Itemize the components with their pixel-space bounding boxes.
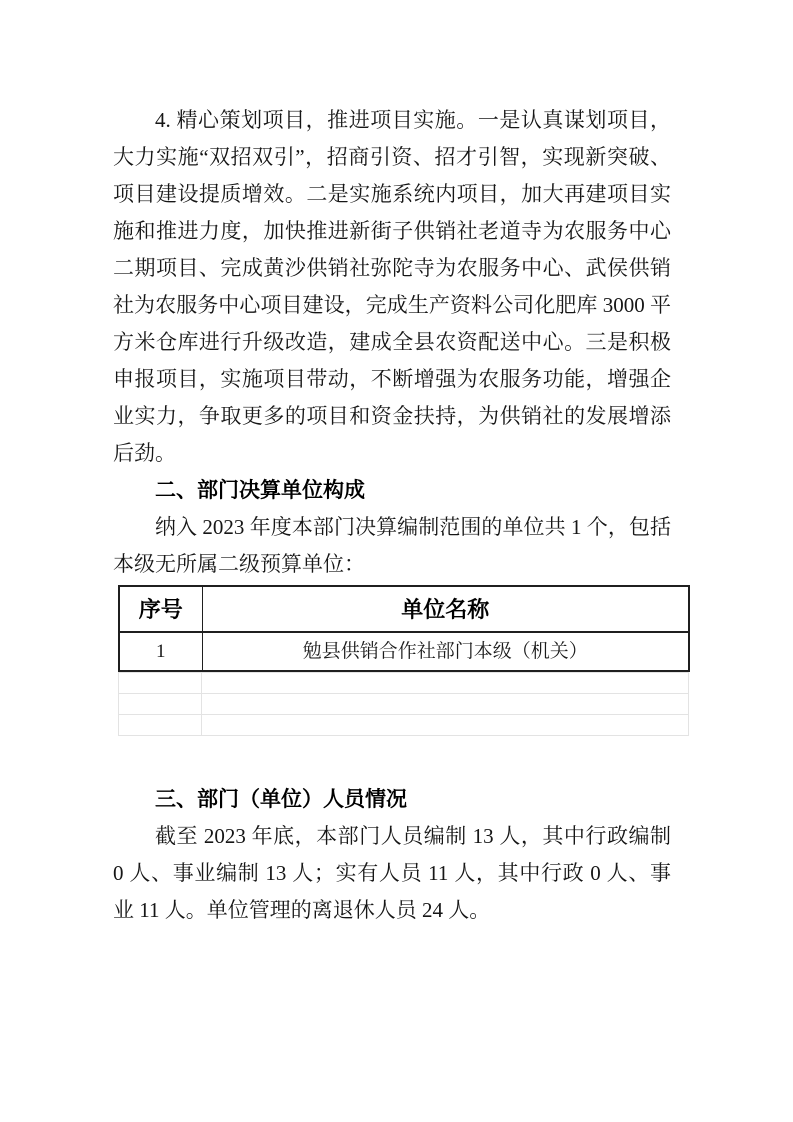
unit-table: 序号 单位名称 1 勉县供销合作社部门本级（机关） <box>118 585 690 672</box>
unit-row-number: 1 <box>119 632 202 671</box>
empty-cell <box>202 694 689 715</box>
paragraph-personnel: 截至 2023 年底，本部门人员编制 13 人，其中行政编制 0 人、事业编制 … <box>113 818 671 929</box>
table-row: 1 勉县供销合作社部门本级（机关） <box>119 632 689 671</box>
unit-row-name: 勉县供销合作社部门本级（机关） <box>202 632 689 671</box>
empty-table-row <box>119 673 689 694</box>
unit-table-header-no: 序号 <box>119 586 202 632</box>
unit-table-empty-rows <box>118 672 689 736</box>
paragraph-unit-scope: 纳入 2023 年度本部门决算编制范围的单位共 1 个，包括本级无所属二级预算单… <box>113 509 671 583</box>
empty-table-row <box>119 694 689 715</box>
section-heading-personnel: 三、部门（单位）人员情况 <box>113 781 671 818</box>
empty-cell <box>119 715 202 736</box>
empty-cell <box>202 673 689 694</box>
document-page: 4. 精心策划项目，推进项目实施。一是认真谋划项目，大力实施“双招双引”，招商引… <box>0 0 793 1122</box>
unit-table-header: 序号 单位名称 <box>119 586 689 632</box>
document-content: 4. 精心策划项目，推进项目实施。一是认真谋划项目，大力实施“双招双引”，招商引… <box>113 102 671 929</box>
paragraph-project-implementation: 4. 精心策划项目，推进项目实施。一是认真谋划项目，大力实施“双招双引”，招商引… <box>113 102 671 472</box>
empty-cell <box>202 715 689 736</box>
empty-cell <box>119 694 202 715</box>
unit-table-header-name: 单位名称 <box>202 586 689 632</box>
unit-table-body: 1 勉县供销合作社部门本级（机关） <box>119 632 689 671</box>
unit-table-header-row: 序号 单位名称 <box>119 586 689 632</box>
section-heading-unit-composition: 二、部门决算单位构成 <box>113 472 671 509</box>
empty-cell <box>119 673 202 694</box>
empty-table-row <box>119 715 689 736</box>
